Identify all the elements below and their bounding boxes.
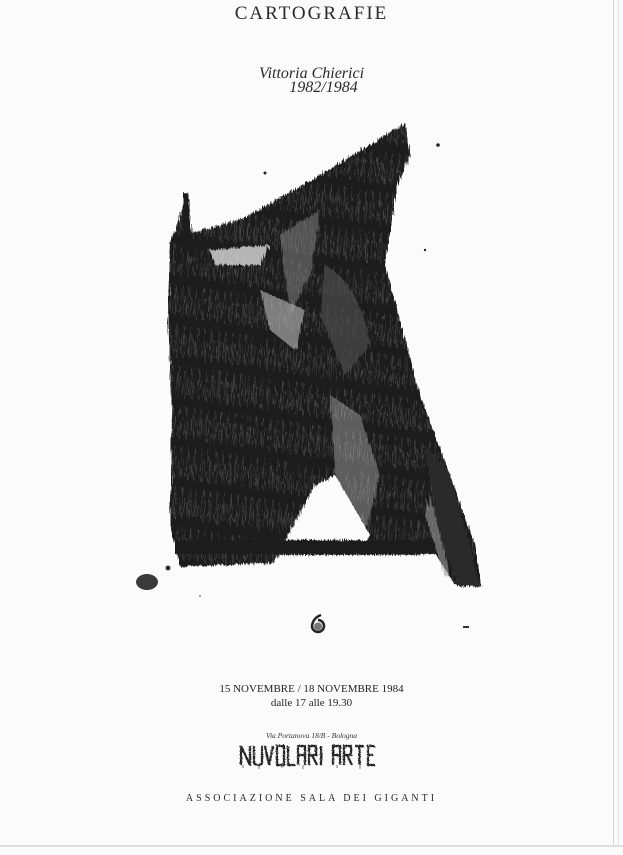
- page-edge-shadow: [613, 0, 614, 845]
- gallery-address: Via Portanova 18/B - Bologna: [0, 731, 623, 740]
- page-number-mark-icon: [307, 612, 331, 636]
- page-bottom-edge: [0, 845, 623, 847]
- exhibition-dates: 15 NOVEMBRE / 18 NOVEMBRE 1984: [0, 683, 623, 695]
- ink-speck: [463, 626, 469, 628]
- opening-hours: dalle 17 alle 19.30: [0, 697, 623, 709]
- association-name: ASSOCIAZIONE SALA DEI GIGANTI: [0, 793, 623, 804]
- artwork-years: 1982/1984: [12, 80, 623, 95]
- page-edge-shadow: [618, 0, 619, 845]
- poster-title: CARTOGRAFIE: [0, 3, 623, 25]
- artwork-ink-painting: [120, 115, 500, 635]
